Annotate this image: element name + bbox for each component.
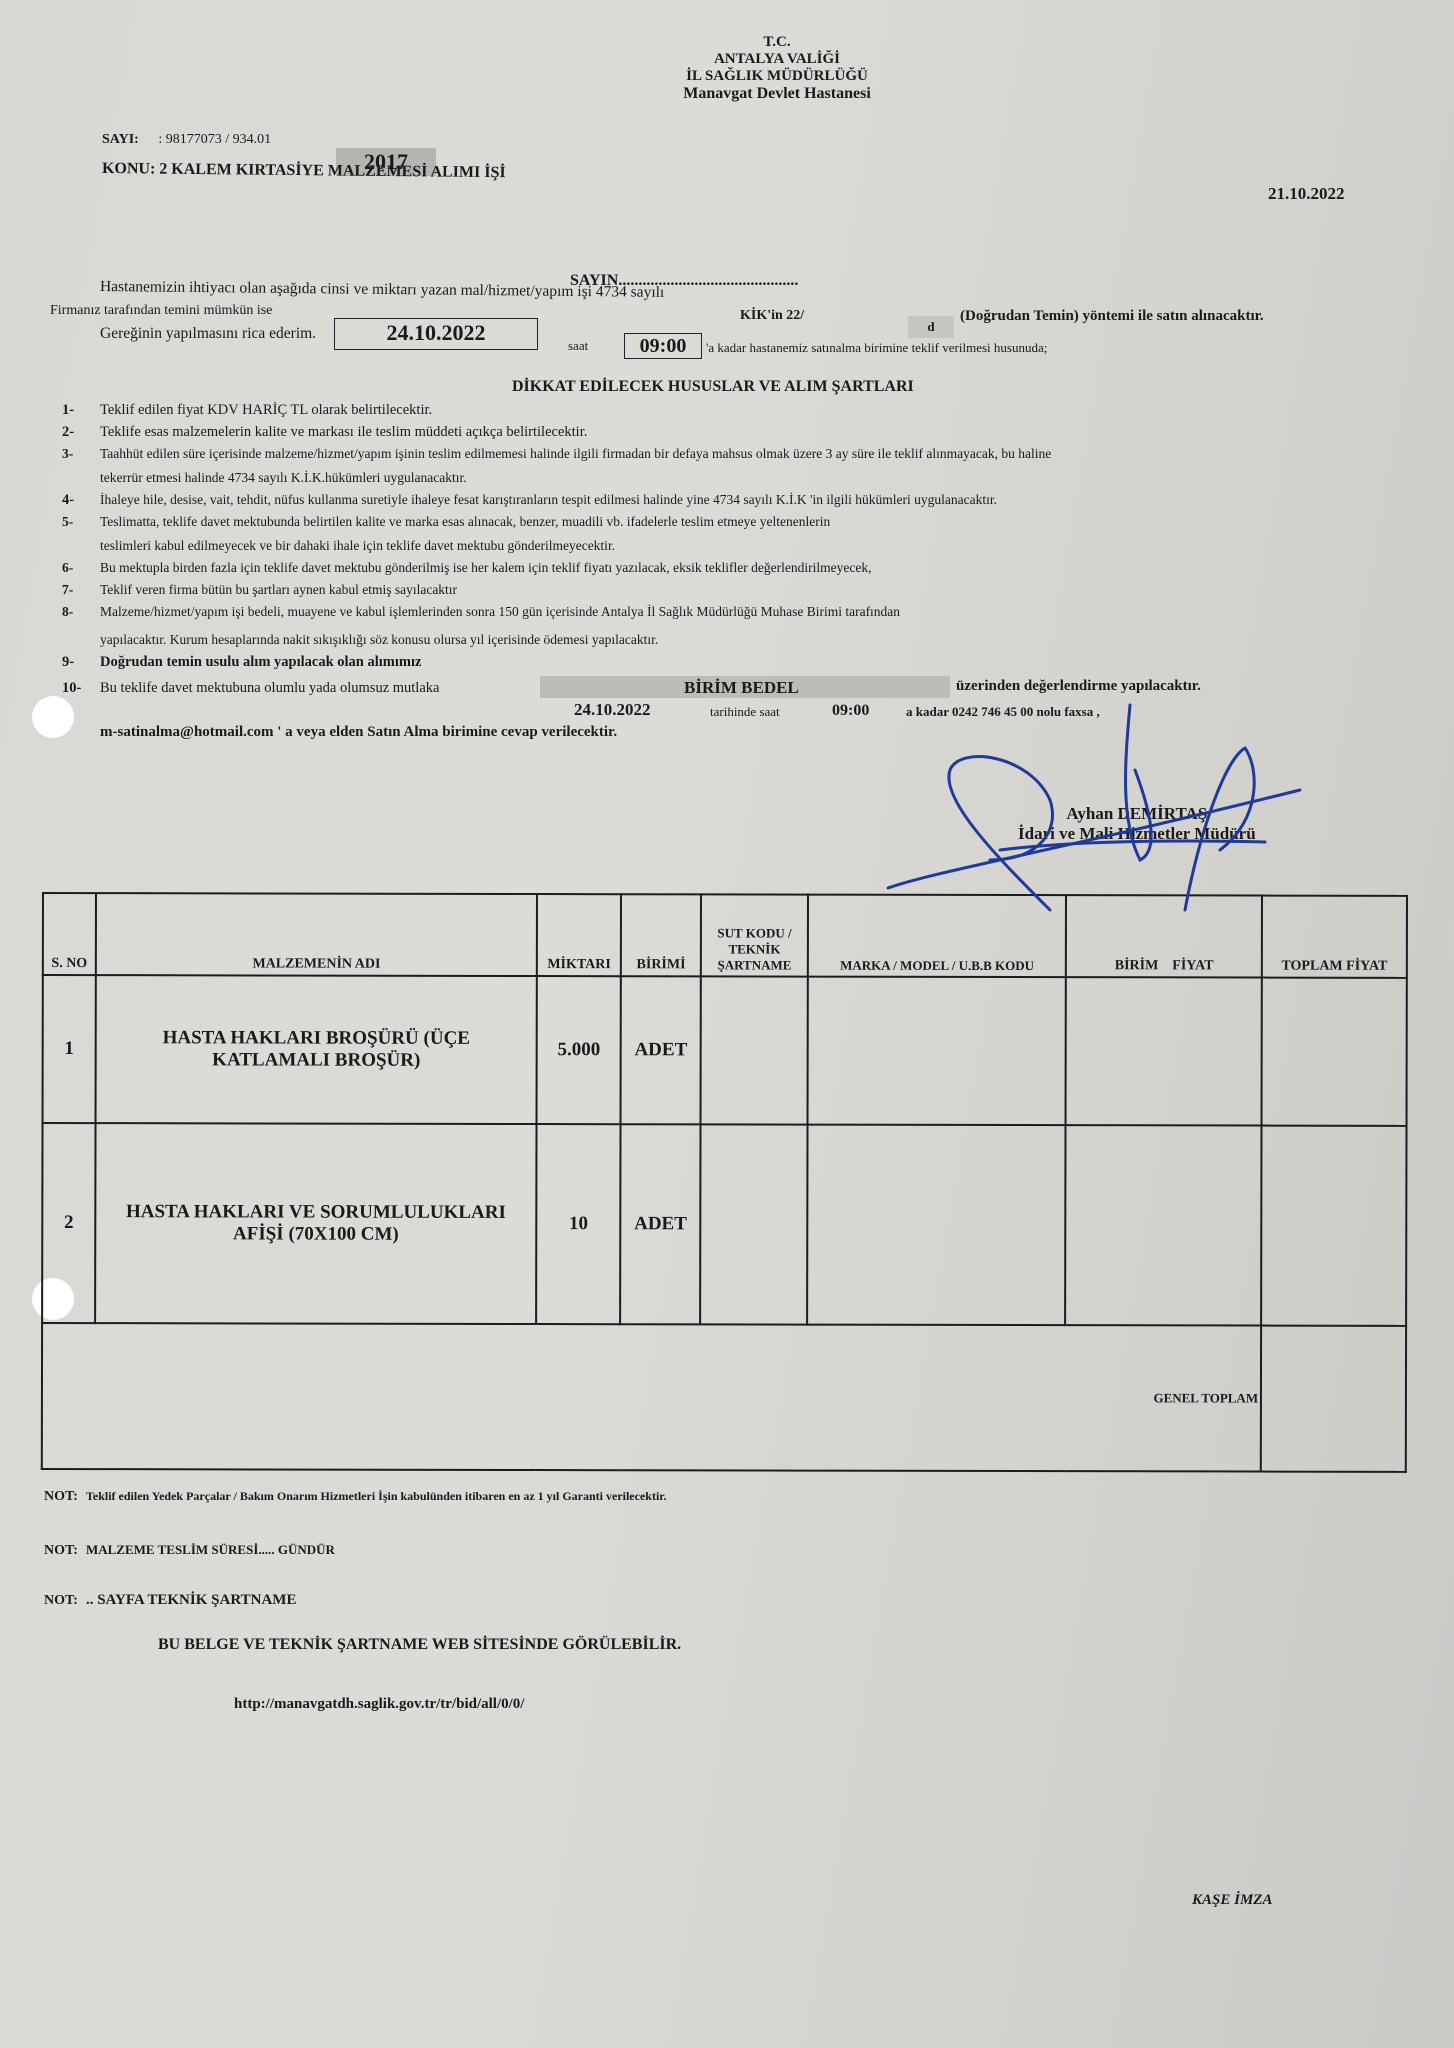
letterhead-governorship: ANTALYA VALİĞİ (50, 51, 1454, 68)
deadline-date-box: 24.10.2022 (334, 318, 538, 350)
condition-text: Teklif veren firma bütün bu şartları ayn… (100, 582, 457, 597)
table-row: 2 HASTA HAKLARI VE SORUMLULUKLARI AFİŞİ … (42, 1123, 1406, 1326)
reply-deadline-time: 09:00 (832, 702, 869, 720)
row-sno: 2 (42, 1123, 95, 1323)
header-unit-price: BİRİM FİYAT (1066, 895, 1262, 977)
condition-text: Teklif edilen fiyat KDV HARİÇ TL olarak … (100, 402, 432, 418)
grand-total-label: GENEL TOPLAM (42, 1323, 1261, 1472)
reply-deadline-date: 24.10.2022 (574, 700, 651, 720)
row-brand-model[interactable] (807, 1125, 1066, 1326)
letterhead-hospital: Manavgat Devlet Hastanesi (50, 85, 1454, 102)
table-total-row: GENEL TOPLAM (42, 1323, 1406, 1472)
condition-4: 4-İhaleye hile, desise, vait, tehdit, nü… (100, 492, 997, 509)
condition-text: Teklife esas malzemelerin kalite ve mark… (100, 424, 587, 440)
kik-label: KİK'in 22/ (740, 308, 804, 323)
header-brand-model: MARKA / MODEL / U.B.B KODU (808, 895, 1067, 978)
row-item-name: HASTA HAKLARI BROŞÜRÜ (ÜÇE KATLAMALI BRO… (95, 975, 537, 1124)
row-brand-model[interactable] (808, 977, 1067, 1126)
signatory-name: Ayhan DEMİRTAŞ (1018, 804, 1256, 824)
row-quantity: 10 (536, 1124, 620, 1324)
intro-line-2-tail: 'a kadar hastanemiz satınalma birimine t… (706, 340, 1047, 356)
grand-total-value[interactable] (1261, 1326, 1406, 1472)
condition-2: 2-Teklife esas malzemelerin kalite ve ma… (100, 424, 587, 441)
email-reply-line: m-satinalma@hotmail.com ' a veya elden S… (100, 724, 617, 741)
document-date: 21.10.2022 (1268, 184, 1345, 204)
condition-number: 7- (62, 582, 73, 598)
signatory-title: İdari ve Mali Hizmetler Müdürü (1018, 824, 1256, 844)
condition-text: Taahhüt edilen süre içerisinde malzeme/h… (100, 446, 1051, 461)
kik-letter-box: d (908, 316, 954, 338)
header-sut-code: SUT KODU / TEKNİK ŞARTNAME (701, 894, 808, 976)
condition-number: 3- (62, 446, 73, 462)
items-table: S. NO MALZEMENİN ADI MİKTARI BİRİMİ SUT … (41, 892, 1408, 1473)
condition-number: 8- (62, 604, 73, 620)
letterhead: T.C. ANTALYA VALİĞİ İL SAĞLIK MÜDÜRLÜĞÜ … (0, 34, 1454, 102)
note-text: Teklif edilen Yedek Parçalar / Bakım Ona… (86, 1489, 667, 1503)
condition-number: 5- (62, 514, 73, 530)
letterhead-directorate: İL SAĞLIK MÜDÜRLÜĞÜ (50, 68, 1454, 85)
condition-9: 9-Doğrudan temin usulu alım yapılacak ol… (100, 654, 421, 671)
condition-5: 5-Teslimatta, teklife davet mektubunda b… (100, 514, 830, 530)
sayi-value: : 98177073 / 934.01 (158, 132, 271, 147)
header-unit: BİRİMİ (621, 894, 701, 976)
row-quantity: 5.000 (537, 976, 621, 1124)
reply-tarihinde: tarihinde saat (710, 704, 780, 720)
note-label: NOT: (44, 1489, 78, 1504)
intro-line-2: Firmanız tarafından temini mümkün ise (50, 303, 272, 319)
website-note: BU BELGE VE TEKNİK ŞARTNAME WEB SİTESİND… (158, 1636, 681, 1654)
table-row: 1 HASTA HAKLARI BROŞÜRÜ (ÜÇE KATLAMALI B… (43, 975, 1407, 1126)
condition-1: 1-Teklif edilen fiyat KDV HARİÇ TL olara… (100, 402, 432, 419)
row-unit: ADET (620, 1124, 700, 1324)
condition-number: 1- (62, 402, 74, 419)
note-delivery: NOT:MALZEME TESLİM SÜRESİ..... GÜNDÜR (44, 1542, 335, 1559)
condition-10: 10-Bu teklife davet mektubuna olumlu yad… (100, 680, 439, 697)
condition-3-cont: tekerrür etmesi halinde 4734 sayılı K.İ.… (100, 470, 467, 486)
condition-6: 6-Bu mektupla birden fazla için teklife … (100, 560, 871, 576)
kik-reference: KİK'in 22/ (740, 308, 804, 324)
condition-8: 8-Malzeme/hizmet/yapım işi bedeli, muaye… (100, 604, 900, 620)
intro-line-3: Gereğinin yapılmasını rica ederim. (100, 325, 316, 343)
condition-5-cont: teslimleri kabul edilmeyecek ve bir daha… (100, 538, 615, 554)
fax-number: a kadar 0242 746 45 00 nolu faxsa , (906, 704, 1100, 720)
condition-number: 6- (62, 560, 73, 576)
sayi-label: SAYI: (102, 132, 139, 147)
stamp-signature-label: KAŞE İMZA (1192, 1892, 1272, 1909)
table-header-row: S. NO MALZEMENİN ADI MİKTARI BİRİMİ SUT … (43, 893, 1407, 978)
note-text: MALZEME TESLİM SÜRESİ..... GÜNDÜR (86, 1542, 335, 1557)
row-unit: ADET (621, 976, 701, 1124)
row-item-name: HASTA HAKLARI VE SORUMLULUKLARI AFİŞİ (7… (95, 1123, 537, 1324)
saat-label: saat (568, 338, 588, 354)
konu-value: 2 KALEM KIRTASİYE MALZEMESİ ALIMI İŞİ (159, 161, 505, 182)
condition-7: 7-Teklif veren firma bütün bu şartları a… (100, 582, 457, 598)
konu-label: KONU: (102, 160, 156, 178)
header-total-price: TOPLAM FİYAT (1262, 896, 1407, 978)
condition-text: Bu mektupla birden fazla için teklife da… (100, 560, 871, 575)
evaluation-basis: BİRİM BEDEL (684, 678, 799, 698)
evaluation-tail: üzerinden değerlendirme yapılacaktır. (956, 678, 1201, 695)
note-label: NOT: (44, 1593, 78, 1608)
procurement-method: (Doğrudan Temin) yöntemi ile satın alına… (960, 308, 1264, 325)
note-spec-pages: NOT:.. SAYFA TEKNİK ŞARTNAME (44, 1592, 296, 1609)
row-sut-code[interactable] (701, 976, 808, 1124)
document-number: SAYI: : 98177073 / 934.01 (102, 132, 271, 148)
row-total-price[interactable] (1262, 978, 1407, 1126)
letterhead-tc: T.C. (50, 34, 1454, 51)
row-sno: 1 (43, 975, 96, 1123)
subject: KONU: 2 KALEM KIRTASİYE MALZEMESİ ALIMI … (102, 160, 506, 182)
condition-text: Bu teklife davet mektubuna olumlu yada o… (100, 680, 439, 696)
header-item-name: MALZEMENİN ADI (96, 893, 538, 976)
method-label: (Doğrudan Temin) yöntemi ile satın alına… (960, 308, 1264, 324)
condition-text: Malzeme/hizmet/yapım işi bedeli, muayene… (100, 604, 900, 619)
condition-8-cont: yapılacaktır. Kurum hesaplarında nakit s… (100, 632, 658, 648)
header-quantity: MİKTARI (537, 894, 621, 976)
condition-text: Doğrudan temin usulu alım yapılacak olan… (100, 654, 421, 670)
conditions-title: DİKKAT EDİLECEK HUSUSLAR VE ALIM ŞARTLAR… (512, 378, 914, 396)
condition-number: 9- (62, 654, 74, 671)
row-unit-price[interactable] (1066, 977, 1262, 1125)
note-label: NOT: (44, 1543, 78, 1558)
signatory: Ayhan DEMİRTAŞ İdari ve Mali Hizmetler M… (1018, 804, 1256, 844)
punch-hole (32, 696, 74, 738)
condition-text: İhaleye hile, desise, vait, tehdit, nüfu… (100, 492, 997, 507)
deadline-time-box: 09:00 (624, 333, 702, 359)
website-url[interactable]: http://manavgatdh.saglik.gov.tr/tr/bid/a… (234, 1696, 524, 1713)
note-text: .. SAYFA TEKNİK ŞARTNAME (86, 1592, 297, 1608)
note-warranty: NOT:Teklif edilen Yedek Parçalar / Bakım… (44, 1488, 667, 1505)
row-sut-code[interactable] (700, 1124, 807, 1324)
condition-number: 10- (62, 680, 81, 697)
row-total-price[interactable] (1261, 1126, 1406, 1326)
condition-number: 2- (62, 424, 74, 441)
row-unit-price[interactable] (1066, 1125, 1262, 1325)
header-sno: S. NO (43, 893, 96, 975)
condition-3: 3-Taahhüt edilen süre içerisinde malzeme… (100, 446, 1051, 462)
condition-text: Teslimatta, teklife davet mektubunda bel… (100, 514, 830, 529)
condition-number: 4- (62, 492, 74, 509)
